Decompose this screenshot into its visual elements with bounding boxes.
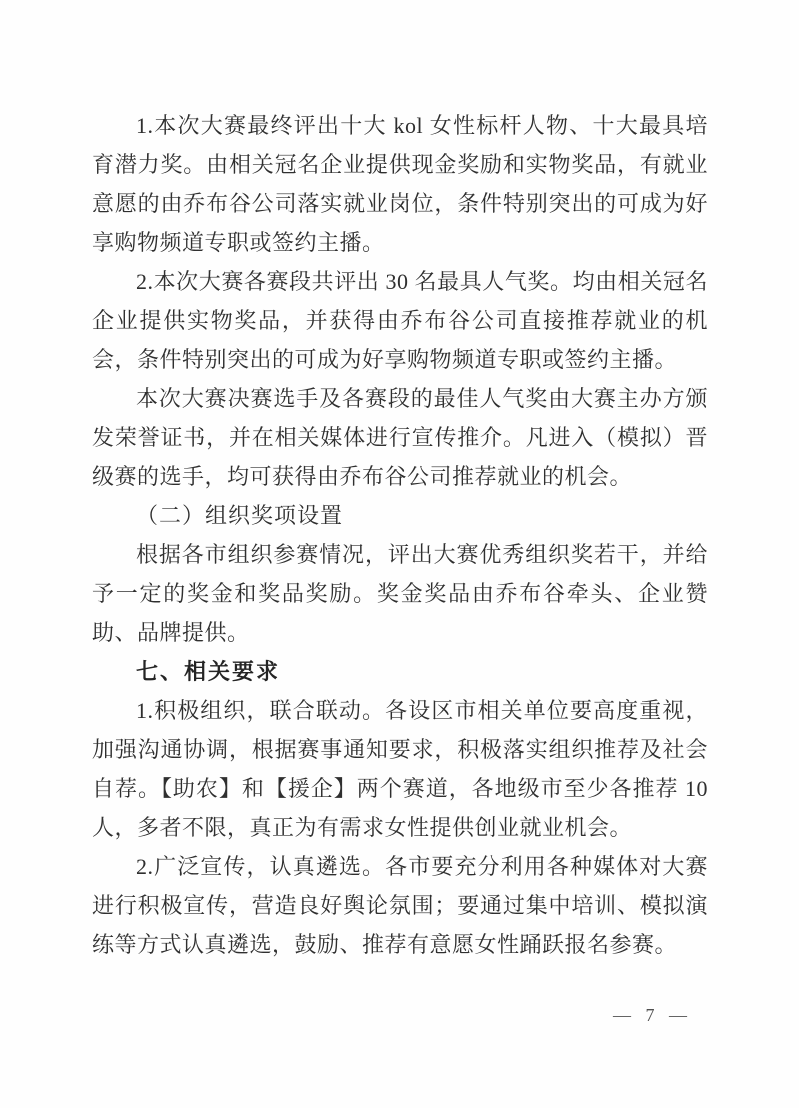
subsection-heading-organization-awards: （二）组织奖项设置 [92,496,708,535]
paragraph-award-stage-popularity: 2.本次大赛各赛段共评出 30 名最具人气奖。均由相关冠名企业提供实物奖品，并获… [92,262,708,379]
paragraph-requirement-1-organize: 1.积极组织，联合联动。各设区市相关单位要高度重视，加强沟通协调，根据赛事通知要… [92,691,708,847]
section-heading-related-requirements: 七、相关要求 [92,652,708,691]
page-number: — 7 — [613,1003,692,1027]
paragraph-requirement-2-publicity: 2.广泛宣传，认真遴选。各市要充分利用各种媒体对大赛进行积极宣传，营造良好舆论氛… [92,847,708,964]
document-content: 1.本次大赛最终评出十大 kol 女性标杆人物、十大最具培育潜力奖。由相关冠名企… [92,106,708,964]
paragraph-award-individual-final: 1.本次大赛最终评出十大 kol 女性标杆人物、十大最具培育潜力奖。由相关冠名企… [92,106,708,262]
paragraph-award-certificates: 本次大赛决赛选手及各赛段的最佳人气奖由大赛主办方颁发荣誉证书，并在相关媒体进行宣… [92,379,708,496]
document-page: 1.本次大赛最终评出十大 kol 女性标杆人物、十大最具培育潜力奖。由相关冠名企… [0,0,799,1108]
paragraph-organization-award-details: 根据各市组织参赛情况，评出大赛优秀组织奖若干，并给予一定的奖金和奖品奖励。奖金奖… [92,535,708,652]
